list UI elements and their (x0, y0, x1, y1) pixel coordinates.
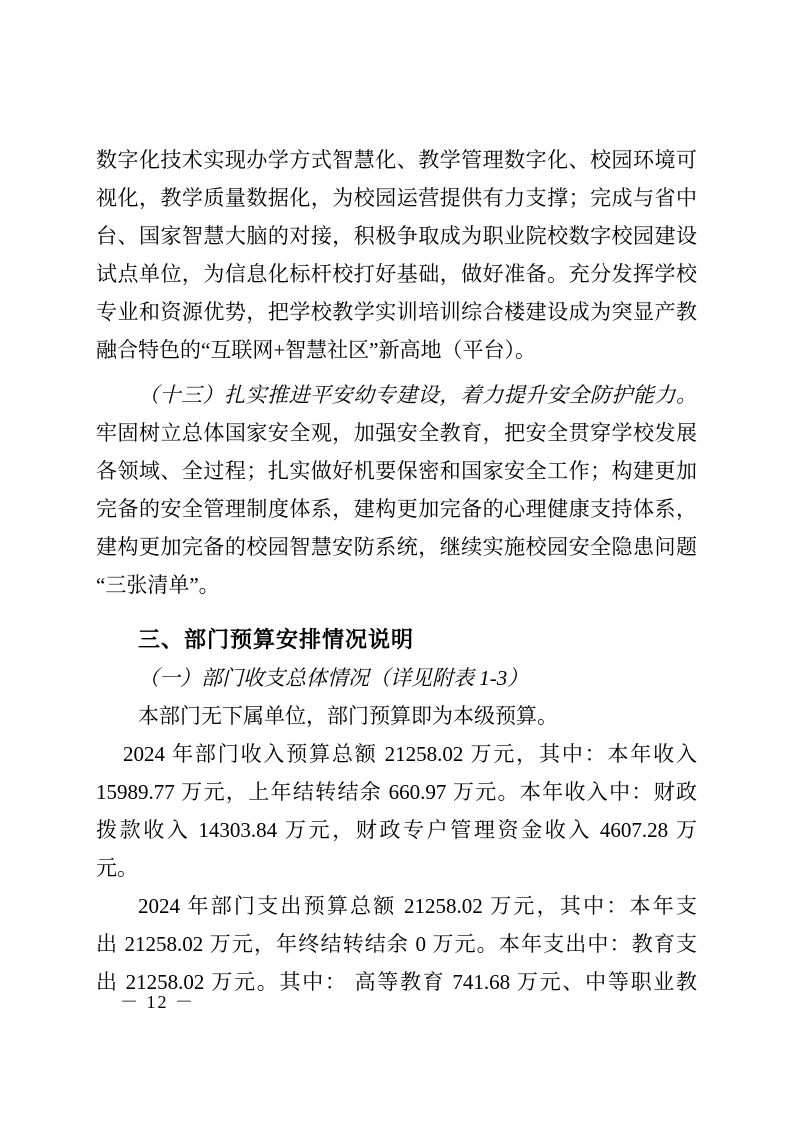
text-line: 试点单位，为信息化标杆校打好基础，做好准备。充分发挥学校 (96, 255, 697, 293)
text-line: 完备的安全管理制度体系，建构更加完备的心理健康支持体系， (96, 490, 697, 528)
text-line: 2024 年部门支出预算总额 21258.02 万元，其中：本年支 (96, 887, 697, 925)
text-line: “三张清单”。 (96, 566, 697, 604)
text-line: 牢固树立总体国家安全观，加强安全教育，把安全贯穿学校发展 (96, 414, 697, 452)
text-line: 元。 (96, 849, 697, 887)
text-line: 2024 年部门收入预算总额 21258.02 万元，其中：本年收入 (96, 735, 697, 773)
text-line: 融合特色的“互联网+智慧社区”新高地（平台）。 (96, 331, 697, 369)
text-line: 视化，教学质量数据化，为校园运营提供有力支撑；完成与省中 (96, 179, 697, 217)
text-line: 出 21258.02 万元，年终结转结余 0 万元。本年支出中：教育支 (96, 925, 697, 963)
paragraph-campus-safety: （十三）扎实推进平安幼专建设，着力提升安全防护能力。 牢固树立总体国家安全观，加… (96, 376, 697, 604)
paragraph-expenditure-budget: 2024 年部门支出预算总额 21258.02 万元，其中：本年支 出 2125… (96, 887, 697, 1001)
paragraph-no-subordinate-units: 本部门无下属单位，部门预算即为本级预算。 (96, 697, 697, 735)
footer-page-number: － 12 － (120, 988, 195, 1014)
document-body: 数字化技术实现办学方式智慧化、教学管理数字化、校园环境可 视化，教学质量数据化，… (96, 141, 697, 1001)
paragraph-income-budget: 2024 年部门收入预算总额 21258.02 万元，其中：本年收入 15989… (96, 735, 697, 887)
paragraph-lead-sentence: （十三）扎实推进平安幼专建设，着力提升安全防护能力。 (96, 376, 697, 414)
document-page: 数字化技术实现办学方式智慧化、教学管理数字化、校园环境可 视化，教学质量数据化，… (0, 0, 793, 1122)
text-line: 15989.77 万元，上年结转结余 660.97 万元。本年收入中：财政 (96, 773, 697, 811)
text-line: 建构更加完备的校园智慧安防系统，继续实施校园安全隐患问题 (96, 528, 697, 566)
text-line: 数字化技术实现办学方式智慧化、教学管理数字化、校园环境可 (96, 141, 697, 179)
text-line: 拨款收入 14303.84 万元，财政专户管理资金收入 4607.28 万 (96, 811, 697, 849)
paragraph-digital-campus: 数字化技术实现办学方式智慧化、教学管理数字化、校园环境可 视化，教学质量数据化，… (96, 141, 697, 369)
text-line: 专业和资源优势，把学校教学实训培训综合楼建设成为突显产教 (96, 293, 697, 331)
text-line: 各领域、全过程；扎实做好机要保密和国家安全工作；构建更加 (96, 452, 697, 490)
text-line: 台、国家智慧大脑的对接，积极争取成为职业院校数字校园建设 (96, 217, 697, 255)
section-heading-budget-arrangement: 三、部门预算安排情况说明 (96, 621, 697, 659)
subsection-heading-revenue-expenditure-overview: （一）部门收支总体情况（详见附表 1-3） (96, 659, 697, 697)
